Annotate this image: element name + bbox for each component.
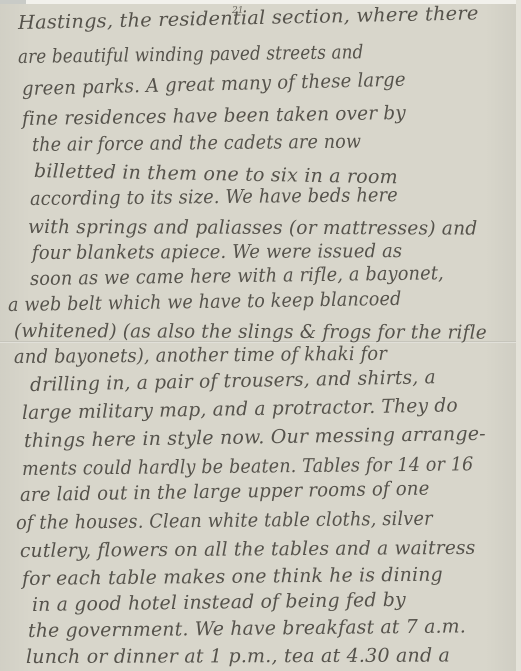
text-line: fine residences have been taken over by — [22, 102, 406, 130]
text-line: the air force and the cadets are now — [32, 131, 361, 156]
text-line: and bayonets), another time of khaki for — [14, 343, 387, 368]
paper-sheet: 21 Hastings, the residential section, wh… — [0, 4, 516, 671]
text-line: soon as we came here with a rifle, a bay… — [30, 262, 444, 290]
text-line: in a good hotel instead of being fed by — [32, 589, 406, 616]
text-line: with springs and paliasses (or mattresse… — [28, 216, 477, 240]
text-line: according to its size. We have beds here — [30, 184, 398, 210]
text-line: drilling in, a pair of trousers, and shi… — [30, 366, 436, 396]
text-line: large military map, and a protractor. Th… — [22, 394, 458, 424]
text-line: the government. We have breakfast at 7 a… — [28, 615, 466, 642]
text-line: for each table makes one think he is din… — [22, 564, 443, 590]
text-line: a web belt which we have to keep blancoe… — [8, 288, 402, 316]
text-line: Hastings, the residential section, where… — [18, 2, 479, 34]
text-line: of the houses. Clean white table cloths,… — [16, 508, 433, 534]
text-line: cutlery, flowers on all the tables and a… — [20, 537, 476, 562]
text-line: (whitened) (as also the slings & frogs f… — [14, 320, 487, 344]
scan-right-border — [516, 0, 521, 671]
text-line: four blankets apiece. We were issued as — [32, 240, 402, 264]
text-line: things here in style now. Our messing ar… — [24, 423, 486, 452]
text-line: are beautiful winding paved streets and — [18, 41, 364, 68]
text-line: lunch or dinner at 1 p.m., tea at 4.30 a… — [26, 645, 450, 668]
scanned-letter-page: 21 Hastings, the residential section, wh… — [0, 0, 521, 671]
text-line: are laid out in the large upper rooms of… — [20, 478, 430, 506]
text-line: ments could hardly be beaten. Tables for… — [22, 453, 474, 480]
text-line: green parks. A great many of these large — [22, 69, 406, 100]
